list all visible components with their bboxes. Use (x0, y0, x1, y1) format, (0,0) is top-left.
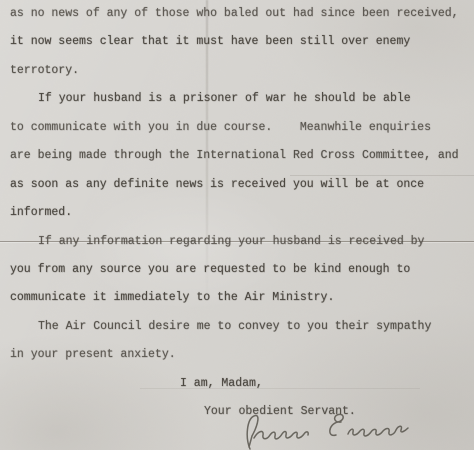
letter-line: it now seems clear that it must have bee… (0, 28, 474, 56)
letter-line: If your husband is a prisoner of war he … (0, 85, 474, 113)
letter-page: as no news of any of those who baled out… (0, 0, 474, 450)
letter-line: I am, Madam, (0, 370, 474, 398)
letter-line: to communicate with you in due course. M… (0, 114, 474, 142)
letter-line: The Air Council desire me to convey to y… (0, 313, 474, 341)
letter-body: as no news of any of those who baled out… (0, 0, 474, 427)
letter-line: are being made through the International… (0, 142, 474, 170)
letter-line: as no news of any of those who baled out… (0, 0, 474, 28)
letter-line: communicate it immediately to the Air Mi… (0, 284, 474, 312)
letter-line: as soon as any definite news is received… (0, 171, 474, 199)
signature-handwriting (238, 409, 438, 450)
letter-line: in your present anxiety. (0, 341, 474, 369)
letter-line: terrotory. (0, 57, 474, 85)
letter-line: you from any source you are requested to… (0, 256, 474, 284)
letter-line: informed. (0, 199, 474, 227)
letter-line: If any information regarding your husban… (0, 228, 474, 256)
